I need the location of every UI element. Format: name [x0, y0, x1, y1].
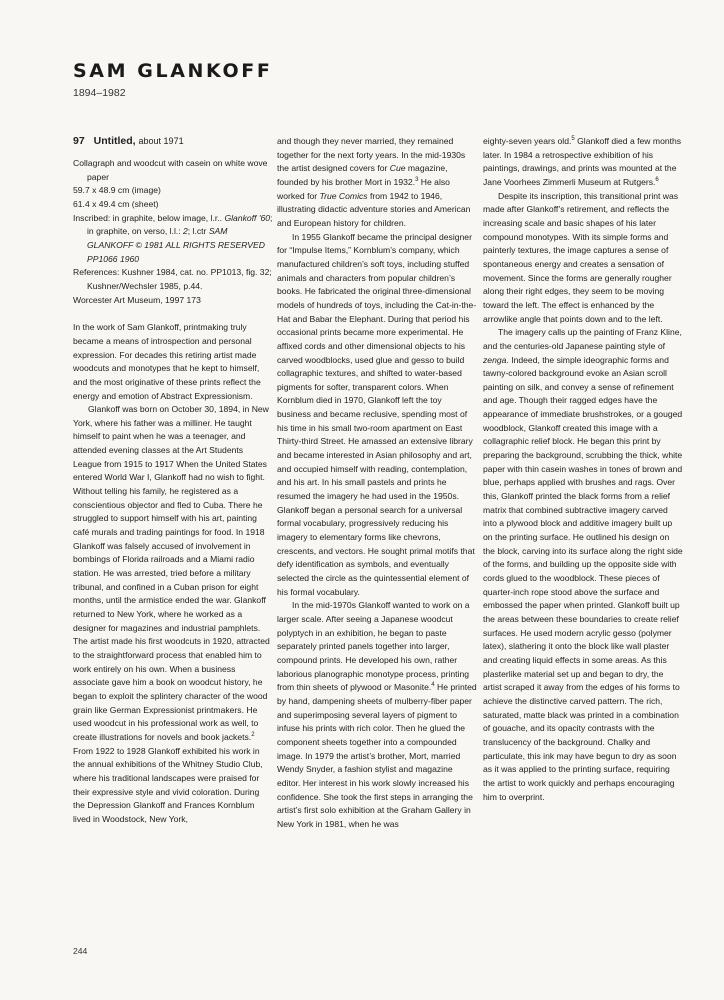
inscriptions: Inscribed: in graphite, below image, l.r…: [73, 212, 273, 267]
footnote-ref: 6: [655, 177, 658, 183]
catalog-details: Collagraph and woodcut with casein on wh…: [73, 157, 273, 307]
body-paragraph: In the mid-1970s Glankoff wanted to work…: [277, 599, 477, 831]
catalog-number: 97: [73, 135, 85, 147]
column-1: 97 Untitled, about 1971 Collagraph and w…: [73, 134, 273, 827]
footnote-ref: 2: [251, 732, 254, 738]
body-paragraph: Glankoff was born on October 30, 1894, i…: [73, 403, 273, 826]
medium: Collagraph and woodcut with casein on wh…: [73, 157, 273, 184]
body-paragraph: and though they never married, they rema…: [277, 135, 477, 231]
column-3: eighty-seven years old.5 Glankoff died a…: [483, 135, 683, 804]
entry-date: about 1971: [139, 136, 184, 146]
column-2: and though they never married, they rema…: [277, 135, 477, 831]
body-paragraph: In 1955 Glankoff became the principal de…: [277, 231, 477, 600]
dimensions-image: 59.7 x 48.9 cm (image): [73, 184, 273, 198]
accession: Worcester Art Museum, 1997 173: [73, 294, 273, 308]
entry-title: Untitled,: [94, 135, 136, 147]
body-paragraph: The imagery calls up the painting of Fra…: [483, 326, 683, 804]
body-paragraph: eighty-seven years old.5 Glankoff died a…: [483, 135, 683, 190]
body-paragraph: Despite its inscription, this transition…: [483, 190, 683, 327]
dimensions-sheet: 61.4 x 49.4 cm (sheet): [73, 198, 273, 212]
references: References: Kushner 1984, cat. no. PP101…: [73, 266, 273, 293]
page-number: 244: [73, 946, 87, 956]
body-paragraph: In the work of Sam Glankoff, printmaking…: [73, 321, 273, 403]
entry-heading: 97 Untitled, about 1971: [73, 134, 273, 148]
artist-name: SAM GLANKOFF: [73, 60, 272, 82]
artist-dates: 1894–1982: [73, 87, 126, 99]
